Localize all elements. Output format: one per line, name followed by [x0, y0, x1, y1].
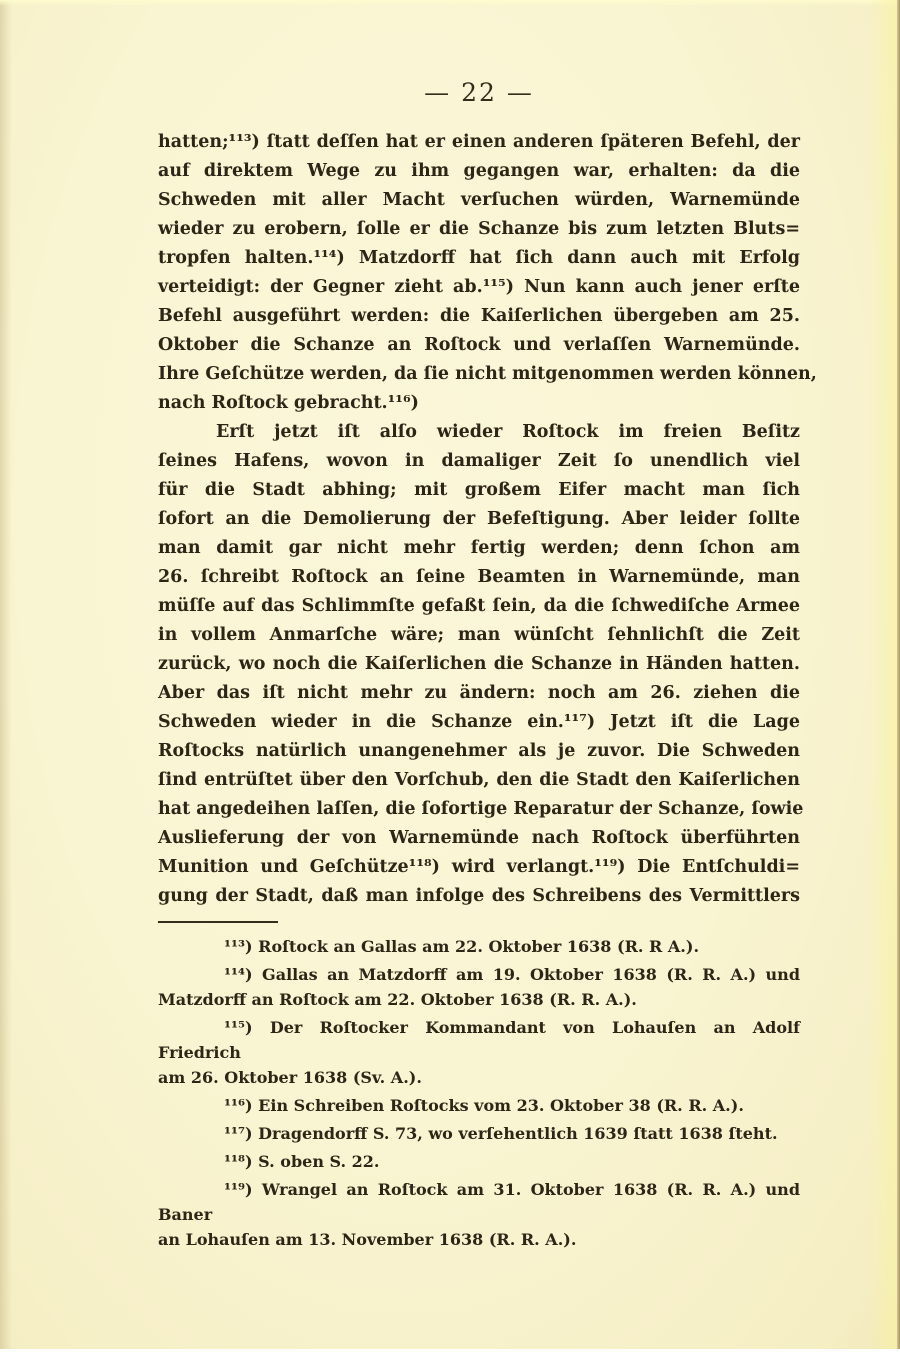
- footnote-separator: [158, 921, 278, 923]
- footnote-line: ¹¹³) Roſtock an Gallas am 22. Oktober 16…: [158, 934, 800, 959]
- body-line: auf direktem Wege zu ihm gegangen war, e…: [158, 157, 800, 186]
- footnote: ¹¹⁷) Dragendorff S. 73, wo verſehentlich…: [158, 1121, 800, 1146]
- body-line: wieder zu erobern, ſolle er die Schanze …: [158, 215, 800, 244]
- body-line: Befehl ausgeführt werden: die Kaiſerlich…: [158, 302, 800, 331]
- body-line: für die Stadt abhing; mit großem Eifer m…: [158, 476, 800, 505]
- body-line: ſofort an die Demolierung der Befeſtigun…: [158, 505, 800, 534]
- body-line: Schweden wieder in die Schanze ein.¹¹⁷) …: [158, 708, 800, 737]
- body-line: 26. ſchreibt Roſtock an ſeine Beamten in…: [158, 563, 800, 592]
- footnote: ¹¹⁹) Wrangel an Roſtock am 31. Oktober 1…: [158, 1177, 800, 1252]
- body-line: in vollem Anmarſche wäre; man wünſcht ſe…: [158, 621, 800, 650]
- footnote-line: ¹¹⁴) Gallas an Matzdorff am 19. Oktober …: [158, 962, 800, 987]
- footnote: ¹¹³) Roſtock an Gallas am 22. Oktober 16…: [158, 934, 800, 959]
- body-line: verteidigt: der Gegner zieht ab.¹¹⁵) Nun…: [158, 273, 800, 302]
- body-line: Munition und Geſchütze¹¹⁸) wird verlangt…: [158, 853, 800, 882]
- footnote: ¹¹⁴) Gallas an Matzdorff am 19. Oktober …: [158, 962, 800, 1012]
- body-line: müſſe auf das Schlimmſte gefaßt ſein, da…: [158, 592, 800, 621]
- body-line: hat angedeihen laſſen, die ſofortige Rep…: [158, 795, 800, 824]
- body-line: Oktober die Schanze an Roſtock und verla…: [158, 331, 800, 360]
- body-line: gung der Stadt, daß man infolge des Schr…: [158, 882, 800, 911]
- footnote-line: ¹¹⁸) S. oben S. 22.: [158, 1149, 800, 1174]
- footnote: ¹¹⁸) S. oben S. 22.: [158, 1149, 800, 1174]
- page-edge-glow-right: [869, 0, 897, 1353]
- book-page: — 22 — hatten;¹¹³) ſtatt deſſen hat er e…: [0, 0, 900, 1353]
- body-line: ſind entrüſtet über den Vorſchub, den di…: [158, 766, 800, 795]
- body-line: Auslieferung der von Warnemünde nach Roſ…: [158, 824, 800, 853]
- page-edge-highlight-top: [0, 0, 900, 6]
- footnote-line: am 26. Oktober 1638 (Sv. A.).: [158, 1065, 800, 1090]
- body-line: Roſtocks natürlich unangenehmer als je z…: [158, 737, 800, 766]
- body-line: zurück, wo noch die Kaiſerlichen die Sch…: [158, 650, 800, 679]
- body-line: man damit gar nicht mehr fertig werden; …: [158, 534, 800, 563]
- page-number: — 22 —: [158, 78, 800, 107]
- footnote-line: ¹¹⁶) Ein Schreiben Roſtocks vom 23. Okto…: [158, 1093, 800, 1118]
- body-line: ſeines Hafens, wovon in damaliger Zeit ſ…: [158, 447, 800, 476]
- body-line: nach Roſtock gebracht.¹¹⁶): [158, 389, 800, 418]
- body-line: Aber das iſt nicht mehr zu ändern: noch …: [158, 679, 800, 708]
- body-text: hatten;¹¹³) ſtatt deſſen hat er einen an…: [158, 128, 800, 911]
- body-line: hatten;¹¹³) ſtatt deſſen hat er einen an…: [158, 128, 800, 157]
- footnotes-section: ¹¹³) Roſtock an Gallas am 22. Oktober 16…: [158, 934, 800, 1255]
- footnote-line: ¹¹⁵) Der Roſtocker Kommandant von Lohauſ…: [158, 1015, 800, 1065]
- footnote-line: Matzdorff an Roſtock am 22. Oktober 1638…: [158, 987, 800, 1012]
- body-line: Ihre Geſchütze werden, da ſie nicht mitg…: [158, 360, 800, 389]
- page-edge-strip-bottom: [0, 1349, 900, 1353]
- body-line: Erſt jetzt iſt alſo wieder Roſtock im fr…: [158, 418, 800, 447]
- footnote: ¹¹⁵) Der Roſtocker Kommandant von Lohauſ…: [158, 1015, 800, 1090]
- page-edge-shadow-left: [0, 0, 12, 1353]
- footnote-line: ¹¹⁷) Dragendorff S. 73, wo verſehentlich…: [158, 1121, 800, 1146]
- footnote-line: ¹¹⁹) Wrangel an Roſtock am 31. Oktober 1…: [158, 1177, 800, 1227]
- body-line: tropfen halten.¹¹⁴) Matzdorff hat ſich d…: [158, 244, 800, 273]
- footnote: ¹¹⁶) Ein Schreiben Roſtocks vom 23. Okto…: [158, 1093, 800, 1118]
- body-line: Schweden mit aller Macht verſuchen würde…: [158, 186, 800, 215]
- footnote-line: an Lohauſen am 13. November 1638 (R. R. …: [158, 1227, 800, 1252]
